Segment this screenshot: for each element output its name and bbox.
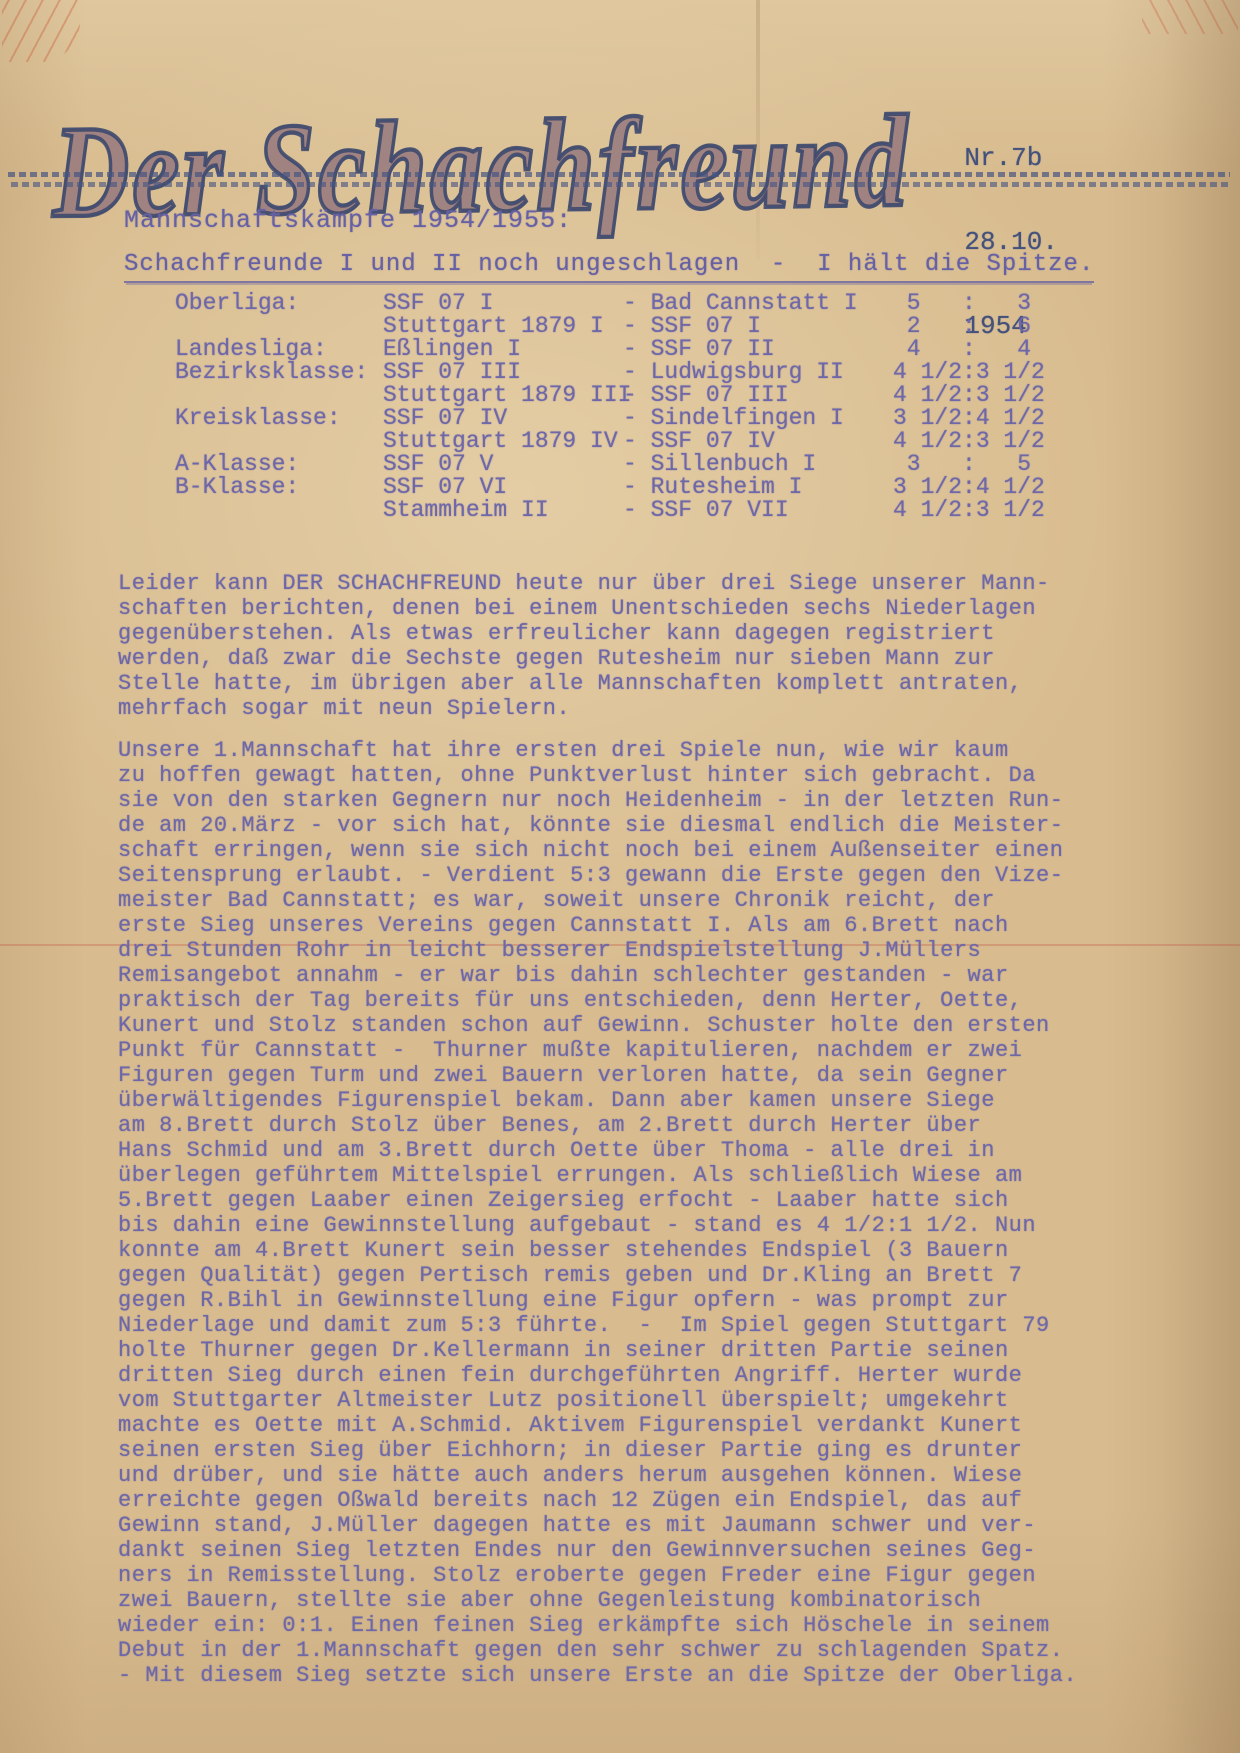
away-team-cell: - SSF 07 III xyxy=(623,384,893,407)
score-cell: 4 1/2:3 1/2 xyxy=(893,430,1130,453)
league-cell xyxy=(118,430,383,453)
score-cell: 4 1/2:3 1/2 xyxy=(893,384,1130,407)
league-cell: B-Klasse: xyxy=(118,476,383,499)
table-row: Stuttgart 1879 III - SSF 07 III 4 1/2:3 … xyxy=(118,384,1130,407)
newsletter-body: Mannschaftskämpfe 1954/1955: Schachfreun… xyxy=(118,196,1130,1688)
score-cell: 4 1/2:3 1/2 xyxy=(893,361,1130,384)
table-row: A-Klasse: SSF 07 V - Sillenbuch I 3 : 5 xyxy=(118,453,1130,476)
league-cell: Oberliga: xyxy=(118,292,383,315)
away-team-cell: - Sillenbuch I xyxy=(623,453,893,476)
table-row: Stuttgart 1879 I - SSF 07 I 2 : 6 xyxy=(118,315,1130,338)
league-cell: Landesliga: xyxy=(118,338,383,361)
table-row: Stuttgart 1879 IV - SSF 07 IV 4 1/2:3 1/… xyxy=(118,430,1130,453)
league-cell: A-Klasse: xyxy=(118,453,383,476)
section-heading: Mannschaftskämpfe 1954/1955: xyxy=(124,206,1130,235)
issue-number: Nr.7b xyxy=(964,144,1058,172)
league-cell xyxy=(118,315,383,338)
home-team-cell: Stuttgart 1879 III xyxy=(383,384,623,407)
paragraph-first-team-report: Unsere 1.Mannschaft hat ihre ersten drei… xyxy=(118,738,1130,1688)
masthead: Der Schachfreund Nr.7b 28.10. 1954 xyxy=(0,0,1240,196)
score-cell: 4 1/2:3 1/2 xyxy=(893,499,1130,522)
table-row: B-Klasse: SSF 07 VI - Rutesheim I 3 1/2:… xyxy=(118,476,1130,499)
paragraph-results-summary: Leider kann DER SCHACHFREUND heute nur ü… xyxy=(118,571,1130,721)
home-team-cell: Eßlingen I xyxy=(383,338,623,361)
score-cell: 3 : 5 xyxy=(893,453,1130,476)
league-cell: Kreisklasse: xyxy=(118,407,383,430)
newsletter-page: Der Schachfreund Nr.7b 28.10. 1954 Manns… xyxy=(0,0,1240,1753)
away-team-cell: - SSF 07 IV xyxy=(623,430,893,453)
table-row: Bezirksklasse: SSF 07 III - Ludwigsburg … xyxy=(118,361,1130,384)
home-team-cell: Stammheim II xyxy=(383,499,623,522)
away-team-cell: - SSF 07 II xyxy=(623,338,893,361)
home-team-cell: SSF 07 V xyxy=(383,453,623,476)
league-cell xyxy=(118,384,383,407)
score-cell: 3 1/2:4 1/2 xyxy=(893,407,1130,430)
away-team-cell: - Rutesheim I xyxy=(623,476,893,499)
league-cell: Bezirksklasse: xyxy=(118,361,383,384)
away-team-cell: - SSF 07 I xyxy=(623,315,893,338)
table-row: Stammheim II - SSF 07 VII 4 1/2:3 1/2 xyxy=(118,499,1130,522)
score-cell: 2 : 6 xyxy=(893,315,1130,338)
score-cell: 4 : 4 xyxy=(893,338,1130,361)
score-cell: 3 1/2:4 1/2 xyxy=(893,476,1130,499)
home-team-cell: SSF 07 I xyxy=(383,292,623,315)
away-team-cell: - SSF 07 VII xyxy=(623,499,893,522)
away-team-cell: - Bad Cannstatt I xyxy=(623,292,893,315)
home-team-cell: Stuttgart 1879 IV xyxy=(383,430,623,453)
score-cell: 5 : 3 xyxy=(893,292,1130,315)
home-team-cell: SSF 07 IV xyxy=(383,407,623,430)
league-cell xyxy=(118,499,383,522)
home-team-cell: Stuttgart 1879 I xyxy=(383,315,623,338)
home-team-cell: SSF 07 III xyxy=(383,361,623,384)
table-row: Kreisklasse: SSF 07 IV - Sindelfingen I … xyxy=(118,407,1130,430)
away-team-cell: - Sindelfingen I xyxy=(623,407,893,430)
subheading: Schachfreunde I und II noch ungeschlagen… xyxy=(124,251,1094,283)
paper-shadow-right xyxy=(1162,0,1240,1753)
table-row: Oberliga: SSF 07 I - Bad Cannstatt I 5 :… xyxy=(118,292,1130,315)
away-team-cell: - Ludwigsburg II xyxy=(623,361,893,384)
results-table: Oberliga: SSF 07 I - Bad Cannstatt I 5 :… xyxy=(118,292,1130,522)
table-row: Landesliga: Eßlingen I - SSF 07 II 4 : 4 xyxy=(118,338,1130,361)
home-team-cell: SSF 07 VI xyxy=(383,476,623,499)
decorative-double-rule xyxy=(8,172,1230,189)
